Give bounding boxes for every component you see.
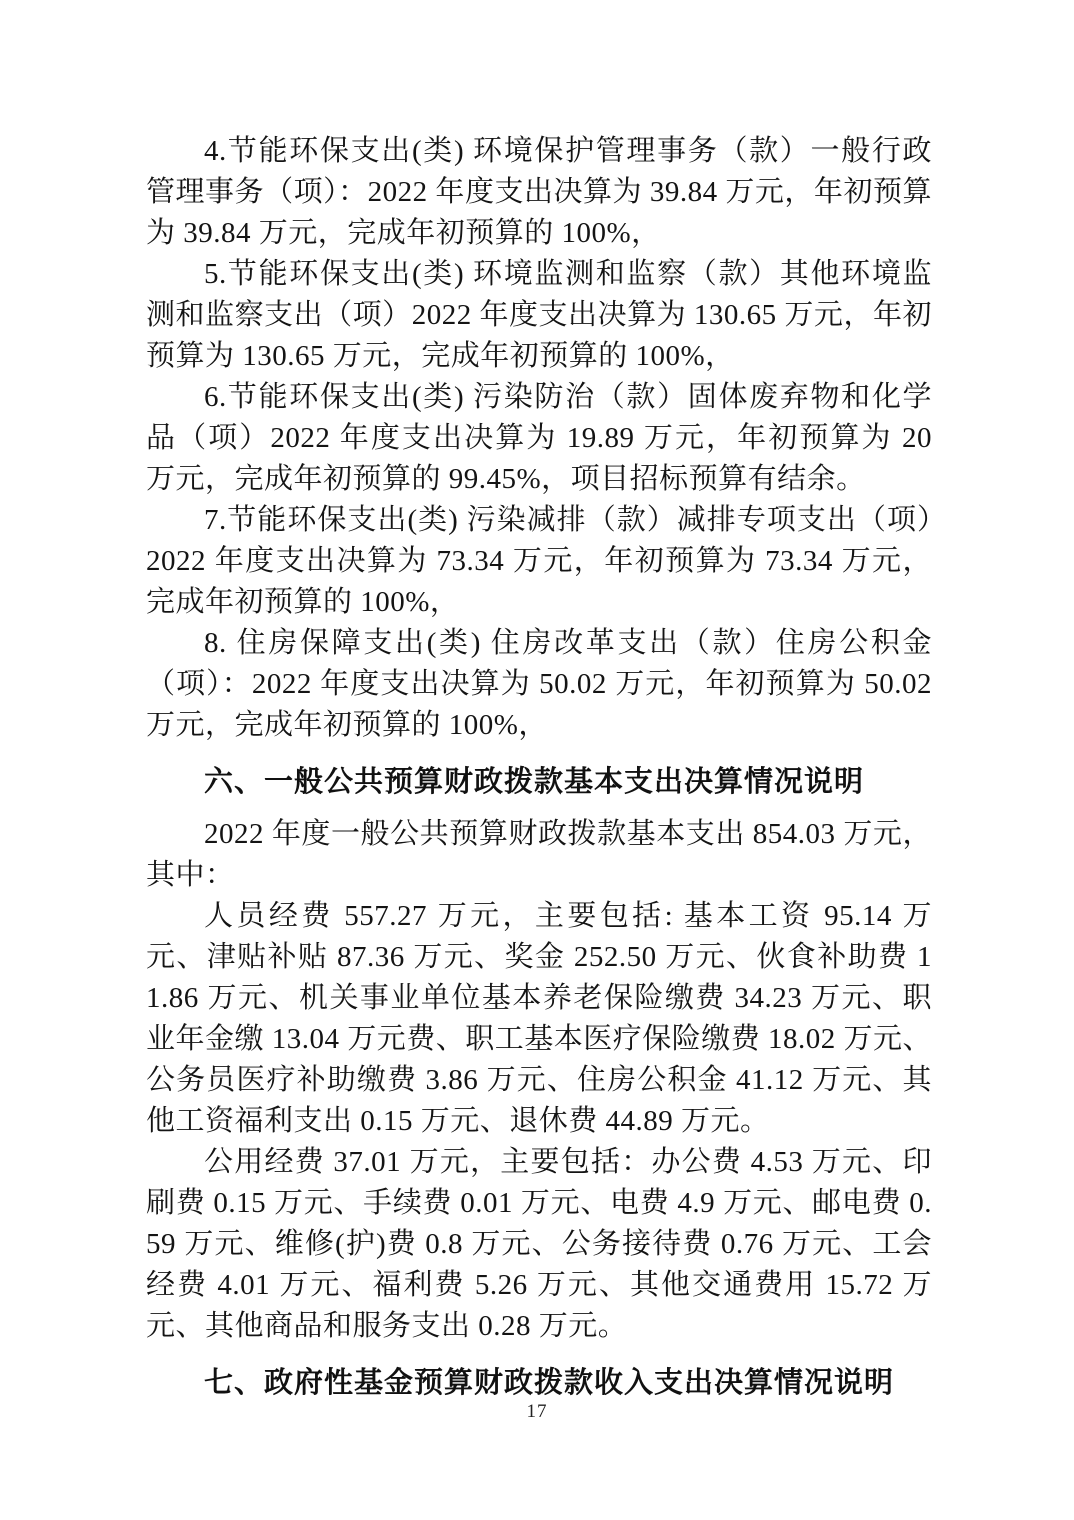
paragraph-expense-item-5: 5.节能环保支出(类) 环境监测和监察（款）其他环境监测和监察支出（项）2022… <box>146 254 932 377</box>
paragraph-personnel-funds: 人员经费 557.27 万元，主要包括: 基本工资 95.14 万元、津贴补贴 … <box>146 896 932 1142</box>
section-heading-seven: 七、政府性基金预算财政拨款收入支出决算情况说明 <box>146 1362 932 1404</box>
document-page: 4.节能环保支出(类) 环境保护管理事务（款）一般行政管理事务（项）：2022 … <box>0 0 1074 1520</box>
paragraph-expense-item-7: 7.节能环保支出(类) 污染减排（款）减排专项支出（项）2022 年度支出决算为… <box>146 500 932 623</box>
paragraph-basic-expenditure-total: 2022 年度一般公共预算财政拨款基本支出 854.03 万元，其中： <box>146 814 932 896</box>
paragraph-expense-item-8: 8. 住房保障支出(类) 住房改革支出（款）住房公积金（项）：2022 年度支出… <box>146 623 932 746</box>
section-heading-six: 六、一般公共预算财政拨款基本支出决算情况说明 <box>146 761 932 803</box>
document-text-block: 4.节能环保支出(类) 环境保护管理事务（款）一般行政管理事务（项）：2022 … <box>146 131 932 1415</box>
page-number: 17 <box>0 1401 1074 1423</box>
paragraph-expense-item-6: 6.节能环保支出(类) 污染防治（款）固体废弃物和化学品（项）2022 年度支出… <box>146 377 932 500</box>
paragraph-public-funds: 公用经费 37.01 万元，主要包括：办公费 4.53 万元、印刷费 0.15 … <box>146 1142 932 1347</box>
paragraph-expense-item-4: 4.节能环保支出(类) 环境保护管理事务（款）一般行政管理事务（项）：2022 … <box>146 131 932 254</box>
